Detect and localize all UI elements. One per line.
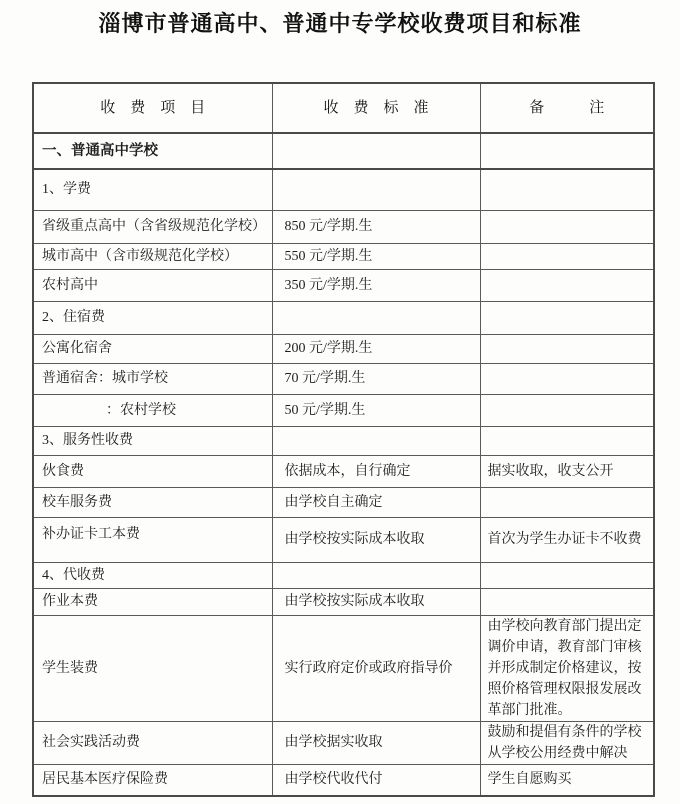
header-row: 收 费 项 目 收 费 标 准 备 注	[33, 83, 654, 133]
table-row: ：农村学校50 元/学期.生	[33, 394, 654, 426]
table-row: 城市高中（含市级规范化学校）550 元/学期.生	[33, 243, 654, 269]
fee-standard-cell: 850 元/学期.生	[272, 210, 480, 243]
fee-standard-cell	[272, 562, 480, 588]
document-title: 淄博市普通高中、普通中专学校收费项目和标准	[0, 7, 680, 38]
fee-item-cell: 普通宿舍：城市学校	[33, 363, 272, 394]
fee-item-cell: 农村高中	[33, 269, 272, 301]
table-row: 社会实践活动费由学校据实收取鼓励和提倡有条件的学校从学校公用经费中解决	[33, 721, 654, 764]
table-row: 省级重点高中（含省级规范化学校）850 元/学期.生	[33, 210, 654, 243]
fee-item-cell: 伙食费	[33, 455, 272, 487]
fee-standard-cell	[272, 133, 480, 169]
fee-item-cell: 补办证卡工本费	[33, 517, 272, 562]
table-row: 3、服务性收费	[33, 426, 654, 455]
table-row: 补办证卡工本费由学校按实际成本收取首次为学生办证卡不收费	[33, 517, 654, 562]
fee-standard-cell: 由学校据实收取	[272, 721, 480, 764]
fee-note-cell: 鼓励和提倡有条件的学校从学校公用经费中解决	[480, 721, 654, 764]
fee-item-cell: 学生装费	[33, 615, 272, 721]
fee-table-header: 收 费 项 目 收 费 标 准 备 注	[33, 83, 654, 133]
table-row: 校车服务费由学校自主确定	[33, 487, 654, 517]
col-header-fee-standard: 收 费 标 准	[272, 83, 480, 133]
document-page: 淄博市普通高中、普通中专学校收费项目和标准 收 费 项 目 收 费 标 准 备 …	[0, 0, 680, 804]
col-header-fee-item: 收 费 项 目	[33, 83, 272, 133]
fee-item-cell: ：农村学校	[33, 394, 272, 426]
fee-note-cell: 学生自愿购买	[480, 764, 654, 796]
fee-item-cell: 一、普通高中学校	[33, 133, 272, 169]
fee-standard-cell: 70 元/学期.生	[272, 363, 480, 394]
table-row: 居民基本医疗保险费由学校代收代付学生自愿购买	[33, 764, 654, 796]
fee-item-cell: 4、代收费	[33, 562, 272, 588]
fee-standard-cell: 由学校按实际成本收取	[272, 517, 480, 562]
fee-standard-cell	[272, 169, 480, 210]
table-row: 普通宿舍：城市学校70 元/学期.生	[33, 363, 654, 394]
fee-note-cell	[480, 562, 654, 588]
fee-item-cell: 公寓化宿舍	[33, 334, 272, 363]
fee-note-cell	[480, 210, 654, 243]
section-row: 一、普通高中学校	[33, 133, 654, 169]
fee-item-cell: 2、住宿费	[33, 301, 272, 334]
fee-table-body: 一、普通高中学校1、学费省级重点高中（含省级规范化学校）850 元/学期.生城市…	[33, 133, 654, 796]
fee-note-cell	[480, 169, 654, 210]
fee-standard-cell: 实行政府定价或政府指导价	[272, 615, 480, 721]
fee-standard-cell: 50 元/学期.生	[272, 394, 480, 426]
fee-standard-cell: 由学校按实际成本收取	[272, 588, 480, 615]
table-row: 2、住宿费	[33, 301, 654, 334]
fee-item-cell: 作业本费	[33, 588, 272, 615]
fee-note-cell	[480, 394, 654, 426]
fee-standard-cell: 由学校代收代付	[272, 764, 480, 796]
fee-note-cell	[480, 363, 654, 394]
fee-item-cell: 城市高中（含市级规范化学校）	[33, 243, 272, 269]
fee-note-cell	[480, 269, 654, 301]
fee-standard-cell: 由学校自主确定	[272, 487, 480, 517]
fee-standard-cell: 550 元/学期.生	[272, 243, 480, 269]
fee-note-cell	[480, 588, 654, 615]
fee-note-cell	[480, 133, 654, 169]
fee-item-cell: 省级重点高中（含省级规范化学校）	[33, 210, 272, 243]
fee-item-cell: 1、学费	[33, 169, 272, 210]
fee-standard-cell	[272, 301, 480, 334]
fee-item-cell: 居民基本医疗保险费	[33, 764, 272, 796]
table-row: 公寓化宿舍200 元/学期.生	[33, 334, 654, 363]
fee-table: 收 费 项 目 收 费 标 准 备 注 一、普通高中学校1、学费省级重点高中（含…	[32, 82, 655, 797]
table-row: 作业本费由学校按实际成本收取	[33, 588, 654, 615]
table-row: 农村高中350 元/学期.生	[33, 269, 654, 301]
table-row: 4、代收费	[33, 562, 654, 588]
fee-note-cell: 首次为学生办证卡不收费	[480, 517, 654, 562]
fee-note-cell: 由学校向教育部门提出定调价申请，教育部门审核并形成制定价格建议，按照价格管理权限…	[480, 615, 654, 721]
fee-standard-cell: 200 元/学期.生	[272, 334, 480, 363]
fee-item-cell: 校车服务费	[33, 487, 272, 517]
fee-note-cell	[480, 243, 654, 269]
fee-item-cell: 3、服务性收费	[33, 426, 272, 455]
fee-note-cell	[480, 301, 654, 334]
fee-standard-cell	[272, 426, 480, 455]
table-row: 伙食费依据成本，自行确定据实收取，收支公开	[33, 455, 654, 487]
fee-standard-cell: 350 元/学期.生	[272, 269, 480, 301]
fee-standard-cell: 依据成本，自行确定	[272, 455, 480, 487]
fee-note-cell	[480, 334, 654, 363]
col-header-remarks: 备 注	[480, 83, 654, 133]
table-row: 1、学费	[33, 169, 654, 210]
fee-note-cell	[480, 487, 654, 517]
fee-item-cell: 社会实践活动费	[33, 721, 272, 764]
table-row: 学生装费实行政府定价或政府指导价由学校向教育部门提出定调价申请，教育部门审核并形…	[33, 615, 654, 721]
fee-note-cell	[480, 426, 654, 455]
fee-note-cell: 据实收取，收支公开	[480, 455, 654, 487]
